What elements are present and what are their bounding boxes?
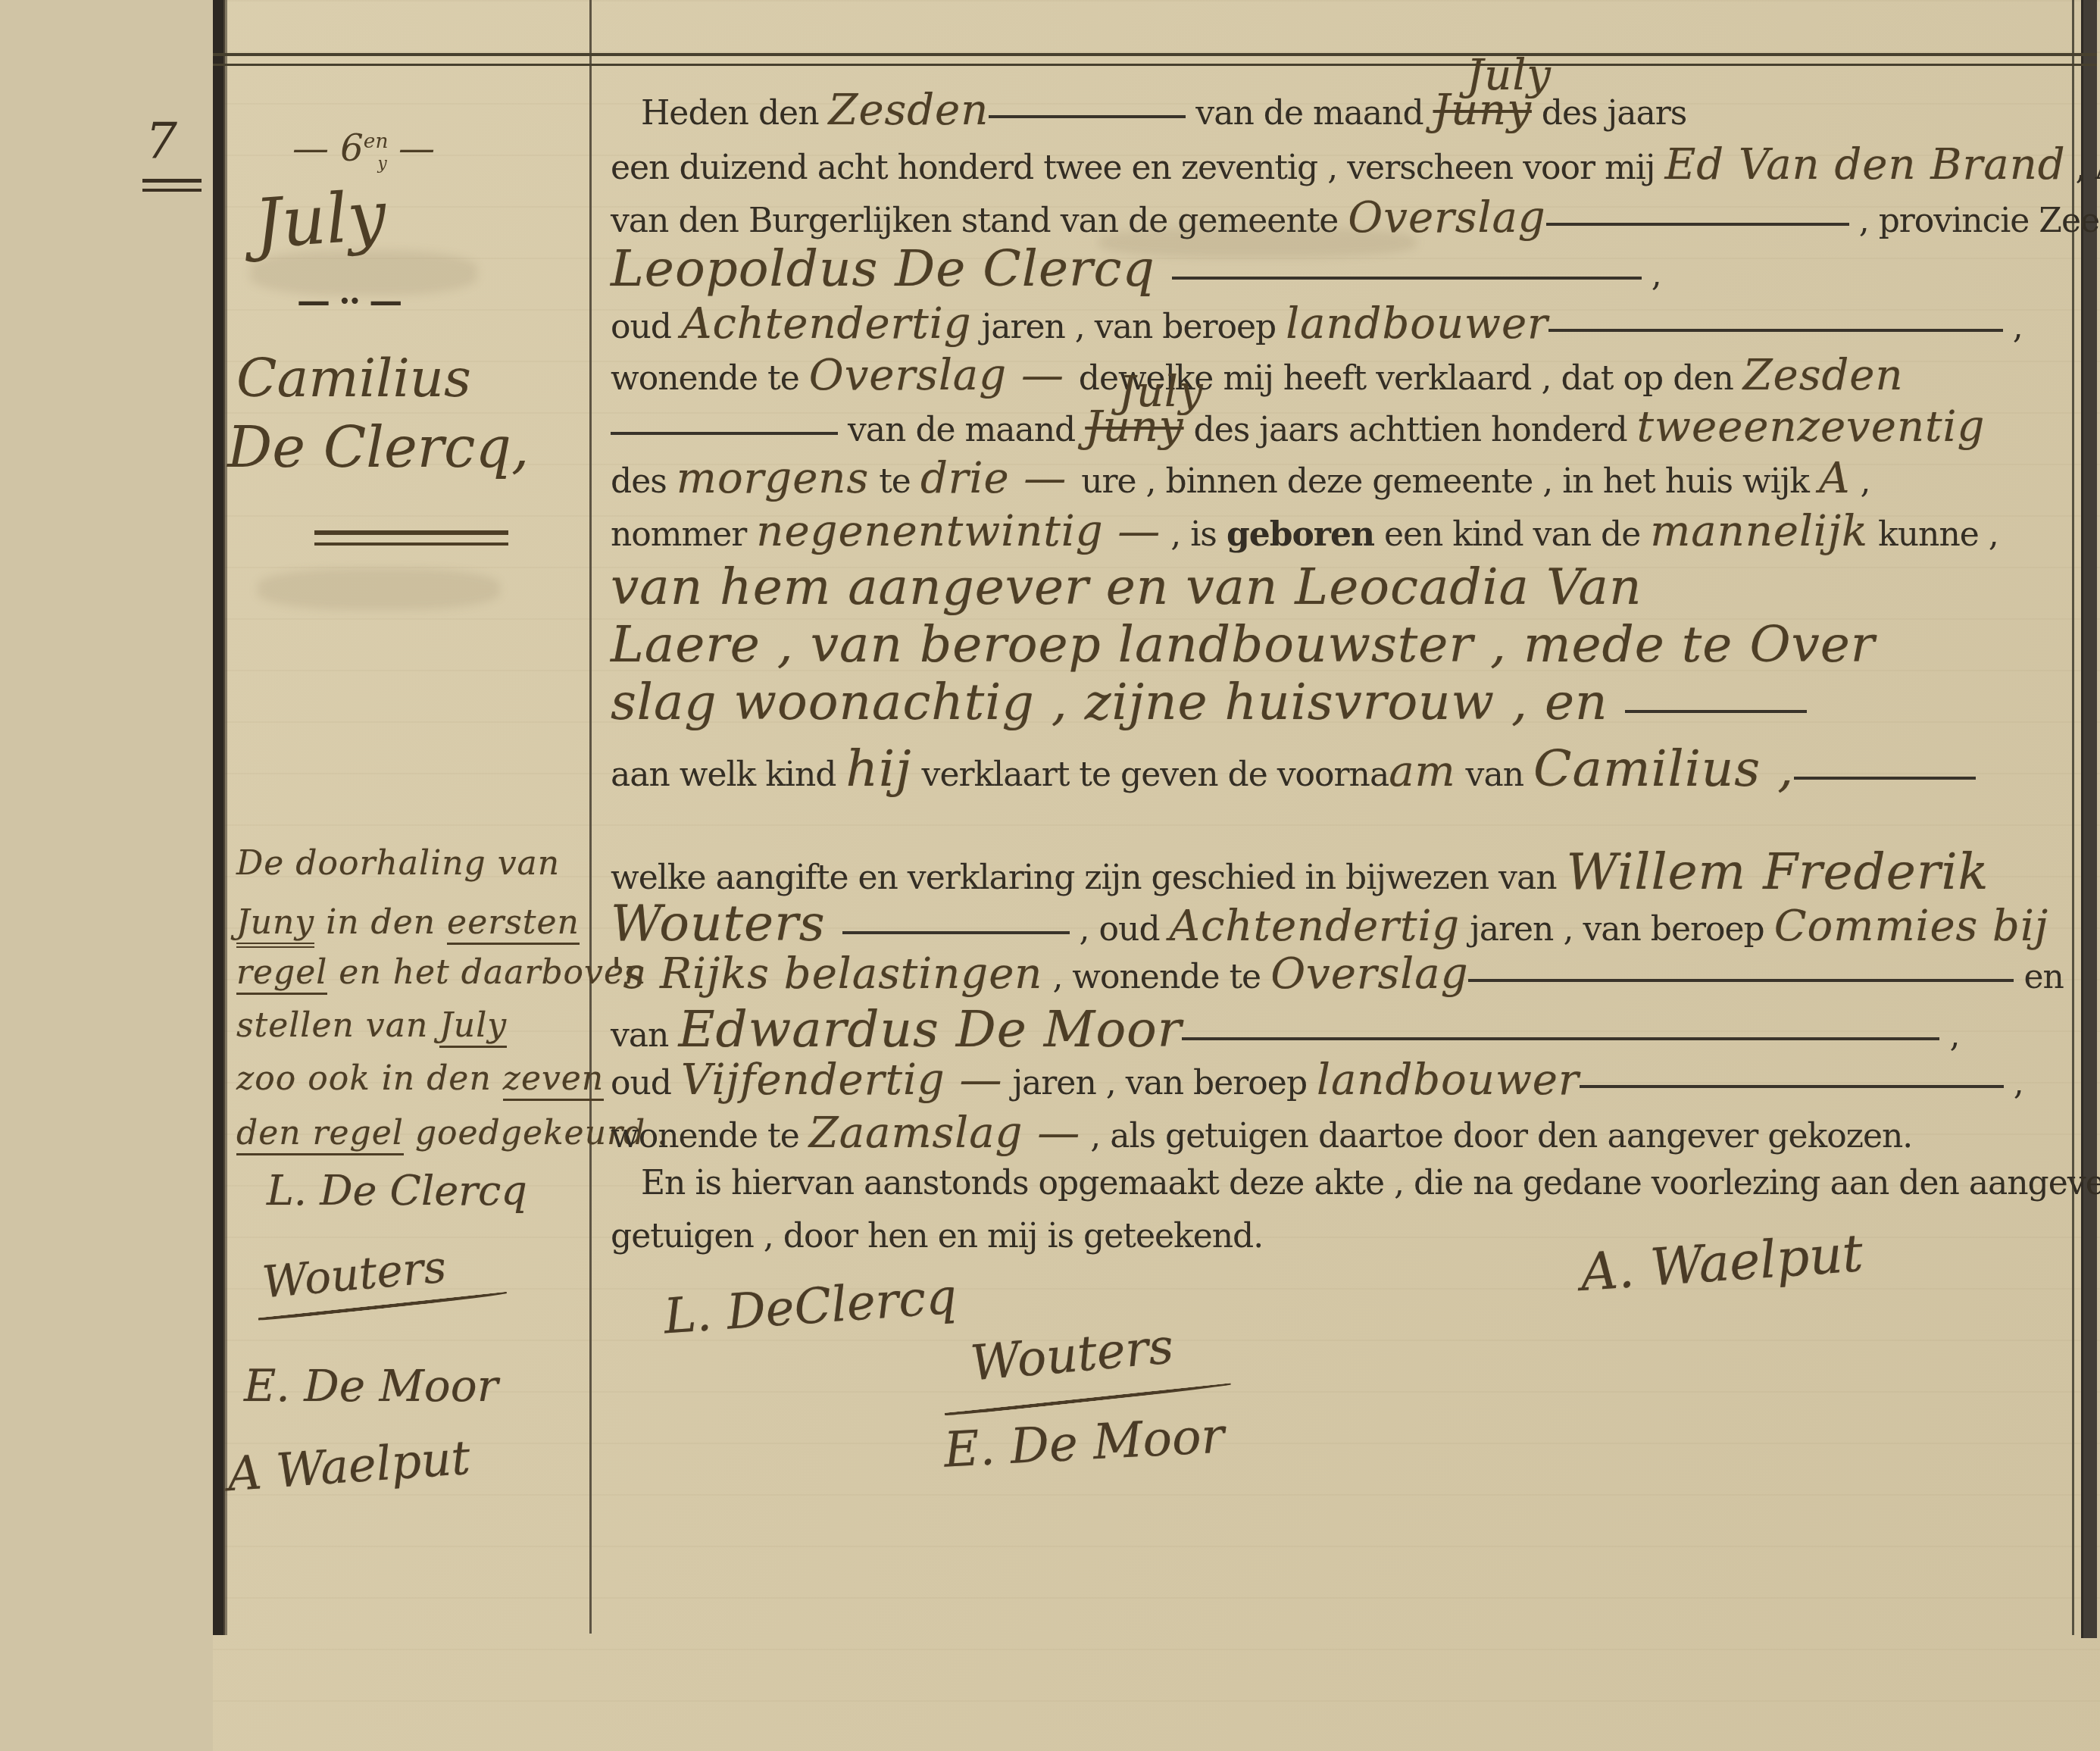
entry-number-underline	[142, 179, 202, 192]
body-line: Wouters , oud Achtendertig jaren , van b…	[611, 899, 2048, 949]
printed-text: een kind van de	[1374, 515, 1650, 554]
printed-text: nommer	[611, 515, 756, 554]
printed-text: aan welk kind	[611, 755, 845, 794]
margin-note-line: den regel goedgekeurd .	[236, 1117, 668, 1150]
month-correction: JunyJuly	[1433, 89, 1532, 132]
handwritten-text: zeven	[503, 1059, 604, 1101]
printed-text: jaren , van beroep	[1002, 1064, 1317, 1102]
body-line: wonende te Zaamslag — , als getuigen daa…	[611, 1112, 1912, 1155]
body-line: welke aangifte en verklaring zijn geschi…	[611, 847, 1989, 897]
printed-text: van	[1456, 755, 1533, 794]
printed-text: van de maand	[838, 411, 1085, 449]
margin-signature-witness2: E. De Moor	[244, 1360, 498, 1412]
blank-rule	[1172, 277, 1642, 280]
handwritten-text: van hem aangever en van Leocadia Van	[611, 558, 1642, 616]
body-line: slag woonachtig , zijne huisvrouw , en	[611, 677, 1807, 727]
printed-text: van de maand	[1186, 94, 1433, 133]
signature-witness1: Wouters	[968, 1318, 1176, 1392]
body-line: Leopoldus De Clercq ,	[611, 244, 1661, 294]
inserted-month: July	[1467, 55, 1552, 97]
handwritten-text: en het daarboven	[327, 953, 646, 992]
printed-text: , wonende te	[1042, 958, 1270, 996]
printed-text: welke aangifte en verklaring zijn geschi…	[611, 858, 1567, 897]
handwritten-text: hij	[845, 739, 911, 798]
body-line: wonende te Overslag — dewelke mij heeft …	[611, 355, 1904, 397]
printed-text: ,	[1850, 462, 1870, 501]
blank-rule	[1794, 777, 1976, 780]
signature-witness2: E. De Moor	[942, 1408, 1225, 1478]
date-dash: —	[398, 127, 435, 170]
handwritten-text: July	[439, 1006, 507, 1048]
printed-text: een duizend acht honderd twee en zeventi…	[611, 149, 1664, 187]
date-day-sub: y	[377, 155, 386, 174]
printed-text: jaren , van beroep	[972, 308, 1286, 346]
blank-rule	[842, 931, 1070, 934]
printed-text: , Ambtenaar	[2066, 149, 2100, 187]
margin-note-line: De doorhaling van	[236, 847, 560, 880]
body-line: van hem aangever en van Leocadia Van	[611, 562, 1642, 612]
handwritten-text: Overslag	[1348, 193, 1545, 242]
date-dash: —	[292, 127, 329, 170]
blank-rule	[989, 115, 1186, 118]
body-line: van de maand JunyJuly des jaars achttien…	[611, 406, 1985, 449]
handwritten-text: drie	[920, 454, 1010, 503]
handwritten-text: landbouwer	[1317, 1055, 1580, 1105]
margin-month: July	[252, 176, 389, 264]
printed-text: geboren	[1227, 515, 1374, 554]
margin-divider: — ·· —	[297, 282, 401, 320]
printed-text: jaren , van beroep	[1460, 910, 1774, 949]
printed-text: van den Burgerlijken stand van de gemeen…	[611, 202, 1348, 240]
blank-rule	[1468, 979, 2014, 982]
body-line: Laere , van beroep landbouwster , mede t…	[611, 620, 1875, 670]
body-line: En is hiervan aanstonds opgemaakt deze a…	[641, 1167, 2100, 1200]
printed-text: ,	[1939, 1016, 1959, 1055]
handwritten-text: Achtendertig	[1170, 902, 1461, 951]
handwritten-text: morgens	[677, 454, 869, 503]
handwritten-text: Camilius ,	[1533, 739, 1794, 798]
margin-note-line: regel en het daarboven	[236, 956, 646, 990]
handwritten-text: Juny	[236, 903, 314, 948]
entry-number: 7	[145, 112, 177, 170]
body-line: des morgens te drie — ure , binnen deze …	[611, 458, 1870, 500]
printed-text: En is hiervan aanstonds opgemaakt deze a…	[641, 1164, 2100, 1202]
printed-text: des	[611, 462, 677, 501]
printed-text: en	[2014, 958, 2063, 996]
handwritten-text: den regel	[236, 1114, 404, 1155]
printed-text: oud	[611, 308, 681, 346]
blank-rule	[611, 432, 838, 435]
printed-text: ure , binnen deze gemeente , in het huis…	[1081, 462, 1819, 501]
body-line: van Edwardus De Moor ,	[611, 1005, 1959, 1055]
printed-text: , als getuigen daartoe door den aangever…	[1080, 1117, 1912, 1155]
handwritten-text: Wouters	[611, 894, 842, 952]
handwritten-text: eersten	[447, 903, 580, 945]
body-line: oud Achtendertig jaren , van beroep land…	[611, 303, 2023, 346]
margin-note-line: zoo ook in den zeven	[236, 1062, 604, 1096]
handwritten-text: 's Rijks belastingen	[611, 949, 1042, 999]
blank-rule	[1548, 329, 2003, 332]
printed-text: Heden den	[641, 94, 828, 133]
handwritten-text: —	[1007, 351, 1079, 400]
handwritten-text: Willem Frederik	[1567, 843, 1989, 901]
printed-text: , provincie Zeeland ,	[1849, 202, 2100, 240]
margin-signature-registrar: A Waelput	[226, 1430, 472, 1502]
printed-text: wonende te	[611, 1117, 809, 1155]
body-line: aan welk kind hij verklaart te geven de …	[611, 744, 1976, 794]
printed-text: oud	[611, 1064, 681, 1102]
body-line: een duizend acht honderd twee en zeventi…	[611, 144, 2100, 186]
handwritten-text: Achtendertig	[681, 299, 972, 349]
handwritten-text: am	[1389, 747, 1456, 796]
printed-text: van	[611, 1016, 678, 1055]
birth-record-page: 7 — 6eny — July — ·· — Camilius De Clerc…	[0, 0, 2100, 1751]
date-day: 6	[340, 127, 364, 170]
inserted-month: July	[1119, 371, 1204, 414]
handwritten-text: A	[1819, 454, 1850, 503]
child-name-line1: Camilius	[236, 347, 471, 409]
body-line: getuigen , door hen en mij is geteekend.	[611, 1220, 1263, 1253]
margin-note-line: Juny in den eersten	[236, 906, 580, 940]
handwritten-text: regel	[236, 953, 327, 995]
handwritten-text: Laere , van beroep landbouwster , mede t…	[611, 615, 1875, 674]
body-line: nommer negenentwintig — , is geboren een…	[611, 511, 1998, 553]
handwritten-text: Zesden	[828, 86, 989, 135]
printed-text: te	[869, 462, 920, 501]
handwritten-text: tweeenzeventig	[1637, 402, 1986, 452]
body-line: oud Vijfendertig — jaren , van beroep la…	[611, 1059, 2023, 1102]
handwritten-text: Zesden	[1743, 351, 1904, 400]
blank-rule	[1625, 710, 1807, 713]
signature-registrar: A. Waelput	[1579, 1224, 1865, 1303]
printed-text: ,	[2004, 1064, 2023, 1102]
handwritten-text: mannelijk	[1650, 507, 1868, 556]
left-border-rule	[213, 0, 225, 1635]
handwritten-text: Commies bij	[1774, 902, 2048, 951]
printed-text: ,	[2003, 308, 2023, 346]
blank-rule	[1580, 1085, 2004, 1088]
body-line: van den Burgerlijken stand van de gemeen…	[611, 197, 2100, 239]
month-correction: JunyJuly	[1085, 406, 1183, 449]
printed-text: kunne ,	[1868, 515, 1998, 554]
margin-column-rule	[589, 0, 592, 1634]
handwritten-text: zoo ook in den	[236, 1059, 503, 1098]
handwritten-text: Overslag	[809, 351, 1007, 400]
outer-page-margin	[0, 0, 213, 1751]
handwritten-text: negenentwintig —	[756, 507, 1161, 556]
printed-text: , oud	[1070, 910, 1170, 949]
handwritten-text: Zaamslag —	[809, 1108, 1080, 1158]
margin-date: — 6eny —	[292, 127, 435, 174]
child-name-underline	[314, 530, 508, 546]
child-name-line2: De Clercq,	[227, 415, 529, 480]
printed-text: , is	[1161, 515, 1227, 554]
ink-bleed-through	[258, 568, 500, 610]
blank-rule	[1546, 223, 1849, 226]
handwritten-text: —	[1010, 454, 1082, 503]
margin-signature-witness1: Wouters	[260, 1241, 448, 1309]
printed-text: des jaars	[1532, 94, 1686, 133]
blank-rule	[1182, 1037, 1939, 1040]
date-day-suffix: en	[364, 130, 389, 153]
printed-text: getuigen , door hen en mij is geteekend.	[611, 1217, 1263, 1255]
handwritten-text: Edwardus De Moor	[678, 1000, 1182, 1058]
act-body: Heden den Zesden van de maand JunyJuly d…	[611, 0, 2085, 1751]
handwritten-text: De doorhaling van	[236, 844, 560, 883]
signature-declarant: L. DeClercq	[662, 1269, 958, 1346]
handwritten-text: Overslag	[1270, 949, 1468, 999]
printed-text: des jaars achttien honderd	[1184, 411, 1637, 449]
handwritten-text: slag woonachtig , zijne huisvrouw , en	[611, 673, 1625, 731]
margin-note-line: stellen van July	[236, 1009, 507, 1043]
handwritten-text: in den	[314, 903, 447, 942]
body-line: Heden den Zesden van de maand JunyJuly d…	[641, 89, 1686, 132]
handwritten-text: stellen van	[236, 1006, 439, 1045]
margin-signature-declarant: L. De Clercq	[267, 1167, 527, 1215]
body-line: 's Rijks belastingen , wonende te Oversl…	[611, 953, 2064, 996]
handwritten-text: Vijfendertig —	[681, 1055, 1002, 1105]
printed-text: verklaart te geven de voorna	[912, 755, 1389, 794]
handwritten-text: Ed Van den Brand	[1664, 140, 2065, 189]
printed-text: ,	[1642, 255, 1661, 294]
handwritten-text: Leopoldus De Clercq	[611, 239, 1172, 298]
handwritten-text: landbouwer	[1286, 299, 1548, 349]
printed-text: wonende te	[611, 359, 809, 398]
